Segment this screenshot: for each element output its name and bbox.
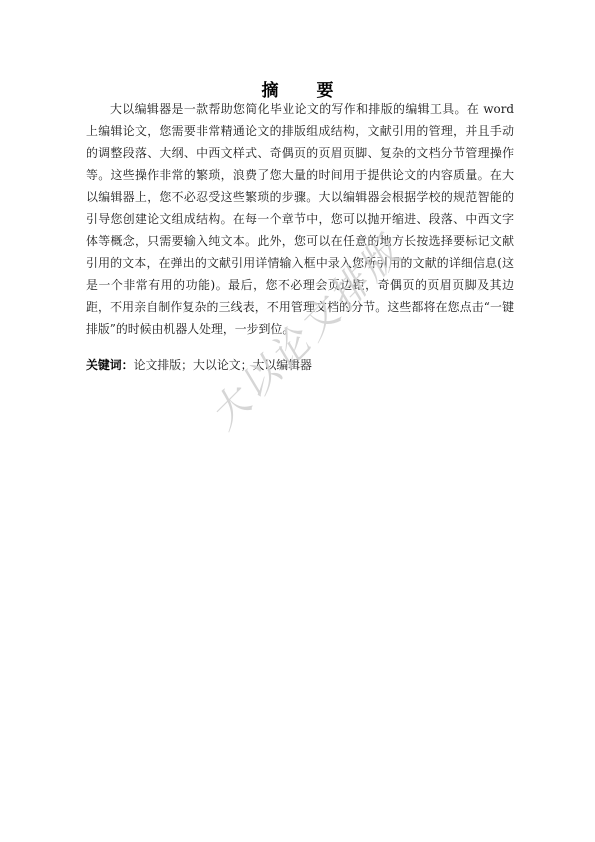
keywords-line: 关键词：论文排版；大以论文；大以编辑器 — [86, 354, 514, 376]
abstract-paragraph: 大以编辑器是一款帮助您简化毕业论文的写作和排版的编辑工具。在 word 上编辑论… — [86, 98, 514, 340]
document-page: 摘要 大以编辑器是一款帮助您简化毕业论文的写作和排版的编辑工具。在 word 上… — [0, 0, 595, 842]
keywords-label: 关键词： — [86, 358, 134, 372]
keywords-value: 论文排版；大以论文；大以编辑器 — [134, 358, 312, 372]
